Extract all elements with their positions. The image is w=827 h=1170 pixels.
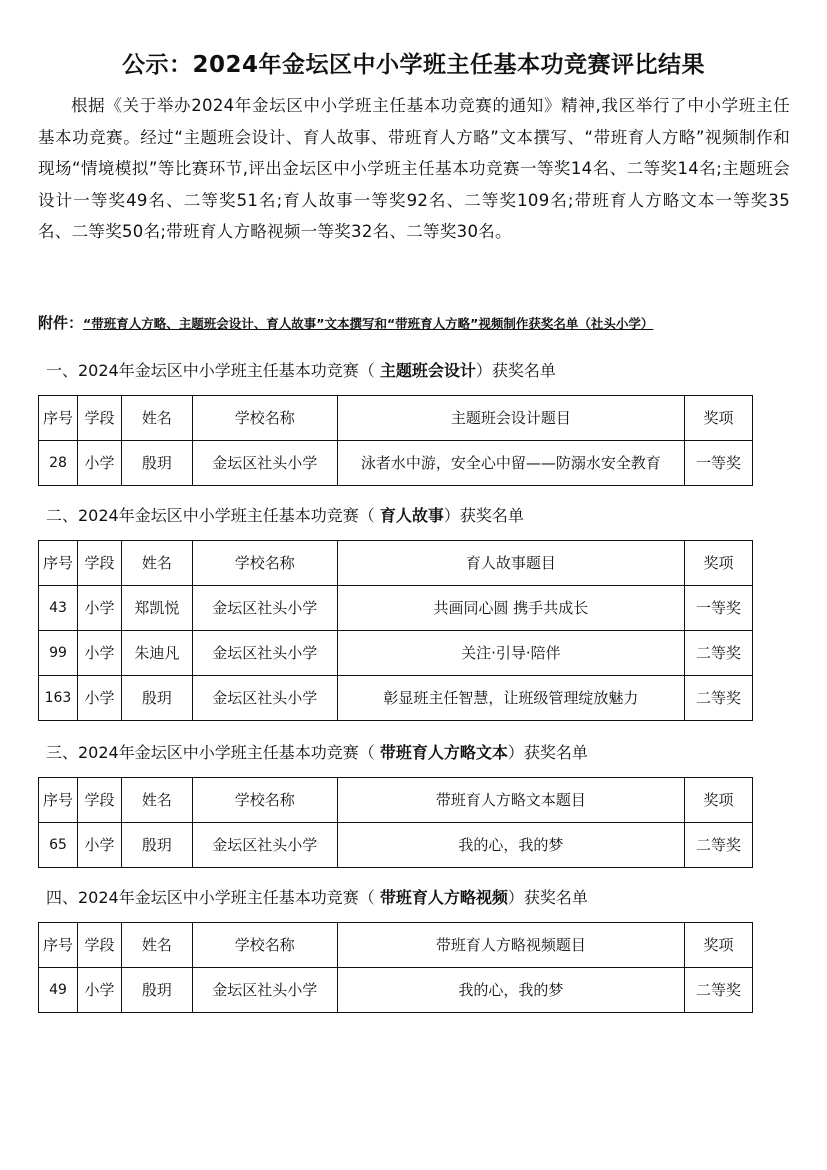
cell-stage: 小学	[77, 631, 121, 676]
attachment-title: “带班育人方略、主题班会设计、育人故事”文本撰写和“带班育人方略”视频制作获奖名…	[83, 316, 653, 331]
cell-school: 金坛区社头小学	[192, 441, 337, 486]
intro-paragraph: 根据《关于举办2024年金坛区中小学班主任基本功竞赛的通知》精神,我区举行了中小…	[38, 90, 790, 248]
table-row: 163 小学 殷玥 金坛区社头小学 彰显班主任智慧，让班级管理绽放魅力 二等奖	[39, 676, 753, 721]
table-header-row: 序号 学段 姓名 学校名称 带班育人方略视频题目 奖项	[39, 923, 753, 968]
award-table-4: 序号 学段 姓名 学校名称 带班育人方略视频题目 奖项 49 小学 殷玥 金坛区…	[38, 922, 753, 1013]
cell-stage: 小学	[77, 823, 121, 868]
table-header-row: 序号 学段 姓名 学校名称 育人故事题目 奖项	[39, 541, 753, 586]
cell-award: 二等奖	[685, 823, 753, 868]
header-topic: 带班育人方略视频题目	[337, 923, 684, 968]
cell-name: 殷玥	[121, 968, 192, 1013]
section-heading-4: 四、2024年金坛区中小学班主任基本功竞赛（ 带班育人方略视频）获奖名单	[46, 885, 588, 908]
cell-stage: 小学	[77, 968, 121, 1013]
section-prefix: 二、2024年金坛区中小学班主任基本功竞赛（	[46, 506, 380, 525]
cell-award: 二等奖	[685, 676, 753, 721]
header-seq: 序号	[39, 396, 78, 441]
header-school: 学校名称	[192, 541, 337, 586]
header-stage: 学段	[77, 396, 121, 441]
table-header-row: 序号 学段 姓名 学校名称 带班育人方略文本题目 奖项	[39, 778, 753, 823]
table-header-row: 序号 学段 姓名 学校名称 主题班会设计题目 奖项	[39, 396, 753, 441]
section-prefix: 一、2024年金坛区中小学班主任基本功竞赛（	[46, 361, 380, 380]
cell-topic: 关注·引导·陪伴	[337, 631, 684, 676]
attachment-line: 附件：“带班育人方略、主题班会设计、育人故事”文本撰写和“带班育人方略”视频制作…	[38, 312, 798, 333]
section-category: 带班育人方略文本	[380, 743, 508, 762]
cell-award: 一等奖	[685, 586, 753, 631]
cell-topic: 共画同心圆 携手共成长	[337, 586, 684, 631]
header-seq: 序号	[39, 923, 78, 968]
header-award: 奖项	[685, 923, 753, 968]
table-row: 28 小学 殷玥 金坛区社头小学 泳者水中游，安全心中留——防溺水安全教育 一等…	[39, 441, 753, 486]
header-name: 姓名	[121, 778, 192, 823]
cell-school: 金坛区社头小学	[192, 968, 337, 1013]
cell-topic: 泳者水中游，安全心中留——防溺水安全教育	[337, 441, 684, 486]
cell-seq: 163	[39, 676, 78, 721]
cell-name: 殷玥	[121, 441, 192, 486]
section-prefix: 四、2024年金坛区中小学班主任基本功竞赛（	[46, 888, 380, 907]
award-table-2: 序号 学段 姓名 学校名称 育人故事题目 奖项 43 小学 郑凯悦 金坛区社头小…	[38, 540, 753, 721]
header-stage: 学段	[77, 541, 121, 586]
cell-stage: 小学	[77, 676, 121, 721]
cell-stage: 小学	[77, 586, 121, 631]
cell-seq: 65	[39, 823, 78, 868]
table-row: 49 小学 殷玥 金坛区社头小学 我的心，我的梦 二等奖	[39, 968, 753, 1013]
section-suffix: ）获奖名单	[508, 888, 588, 907]
award-table-3: 序号 学段 姓名 学校名称 带班育人方略文本题目 奖项 65 小学 殷玥 金坛区…	[38, 777, 753, 868]
header-seq: 序号	[39, 541, 78, 586]
cell-seq: 28	[39, 441, 78, 486]
header-stage: 学段	[77, 923, 121, 968]
table-row: 99 小学 朱迪凡 金坛区社头小学 关注·引导·陪伴 二等奖	[39, 631, 753, 676]
section-suffix: ）获奖名单	[508, 743, 588, 762]
header-seq: 序号	[39, 778, 78, 823]
header-name: 姓名	[121, 396, 192, 441]
section-heading-3: 三、2024年金坛区中小学班主任基本功竞赛（ 带班育人方略文本）获奖名单	[46, 740, 588, 763]
section-heading-2: 二、2024年金坛区中小学班主任基本功竞赛（ 育人故事）获奖名单	[46, 503, 524, 526]
cell-school: 金坛区社头小学	[192, 676, 337, 721]
section-prefix: 三、2024年金坛区中小学班主任基本功竞赛（	[46, 743, 380, 762]
cell-school: 金坛区社头小学	[192, 823, 337, 868]
header-school: 学校名称	[192, 396, 337, 441]
header-award: 奖项	[685, 396, 753, 441]
section-suffix: ）获奖名单	[476, 361, 556, 380]
header-topic: 育人故事题目	[337, 541, 684, 586]
header-award: 奖项	[685, 778, 753, 823]
cell-school: 金坛区社头小学	[192, 631, 337, 676]
cell-name: 郑凯悦	[121, 586, 192, 631]
section-category: 育人故事	[380, 506, 444, 525]
cell-school: 金坛区社头小学	[192, 586, 337, 631]
page-title: 公示：2024年金坛区中小学班主任基本功竞赛评比结果	[0, 46, 827, 79]
section-suffix: ）获奖名单	[444, 506, 524, 525]
cell-award: 二等奖	[685, 968, 753, 1013]
attachment-label: 附件：	[38, 314, 83, 332]
cell-topic: 我的心，我的梦	[337, 823, 684, 868]
cell-topic: 我的心，我的梦	[337, 968, 684, 1013]
cell-stage: 小学	[77, 441, 121, 486]
table-row: 43 小学 郑凯悦 金坛区社头小学 共画同心圆 携手共成长 一等奖	[39, 586, 753, 631]
header-stage: 学段	[77, 778, 121, 823]
award-table-1: 序号 学段 姓名 学校名称 主题班会设计题目 奖项 28 小学 殷玥 金坛区社头…	[38, 395, 753, 486]
cell-seq: 43	[39, 586, 78, 631]
cell-seq: 49	[39, 968, 78, 1013]
section-category: 主题班会设计	[380, 361, 476, 380]
section-category: 带班育人方略视频	[380, 888, 508, 907]
header-school: 学校名称	[192, 778, 337, 823]
header-school: 学校名称	[192, 923, 337, 968]
cell-name: 殷玥	[121, 676, 192, 721]
section-heading-1: 一、2024年金坛区中小学班主任基本功竞赛（ 主题班会设计）获奖名单	[46, 358, 556, 381]
header-topic: 主题班会设计题目	[337, 396, 684, 441]
header-name: 姓名	[121, 923, 192, 968]
cell-topic: 彰显班主任智慧，让班级管理绽放魅力	[337, 676, 684, 721]
cell-seq: 99	[39, 631, 78, 676]
cell-award: 二等奖	[685, 631, 753, 676]
cell-name: 朱迪凡	[121, 631, 192, 676]
table-row: 65 小学 殷玥 金坛区社头小学 我的心，我的梦 二等奖	[39, 823, 753, 868]
header-award: 奖项	[685, 541, 753, 586]
cell-name: 殷玥	[121, 823, 192, 868]
cell-award: 一等奖	[685, 441, 753, 486]
header-topic: 带班育人方略文本题目	[337, 778, 684, 823]
header-name: 姓名	[121, 541, 192, 586]
